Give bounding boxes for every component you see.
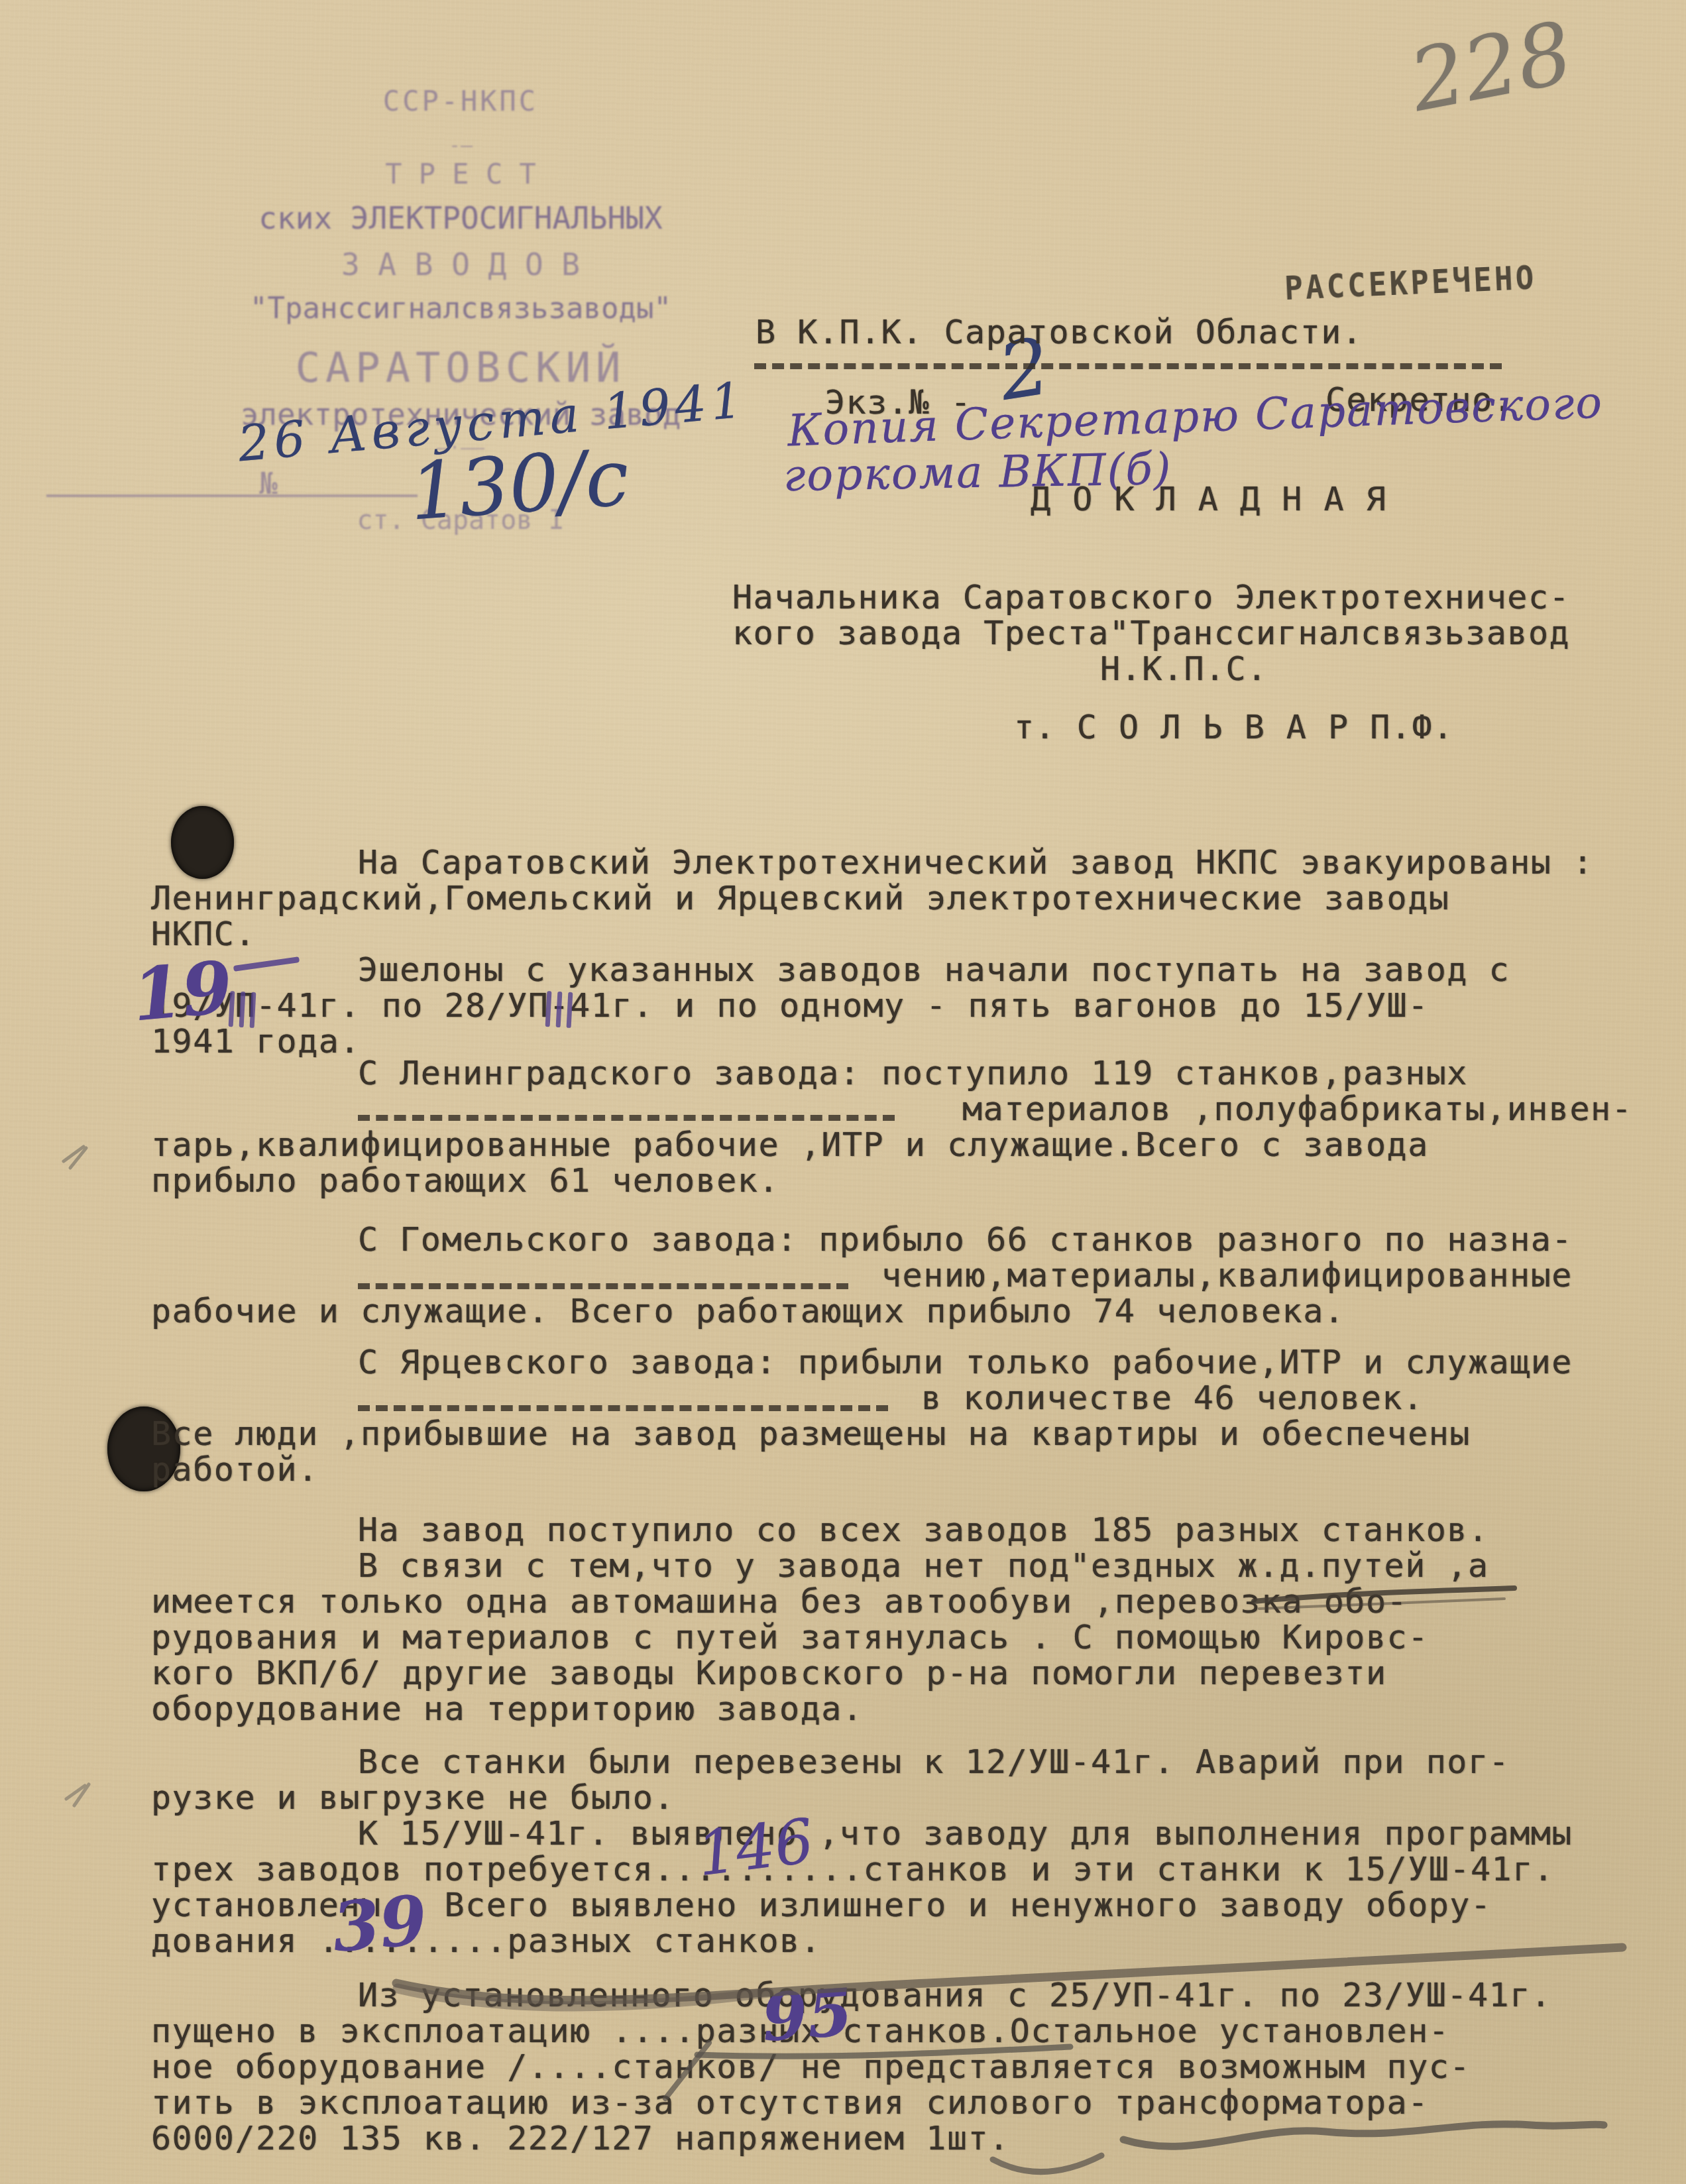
page-number-pencil: 228: [1404, 11, 1579, 125]
body-line: материалов ,полуфабрикаты,инвен-: [962, 1092, 1632, 1125]
body-line: тить в эксплоатацию из-за отсутствия сил…: [151, 2086, 1429, 2119]
from-line3: Н.К.П.С.: [1100, 652, 1268, 685]
from-line1: Начальника Саратовского Электротехничес-: [732, 581, 1570, 614]
body-line: в количестве 46 человек.: [921, 1381, 1424, 1414]
lead-in-underline: [358, 1115, 895, 1121]
body-line: прибыло работающих 61 человек.: [151, 1164, 779, 1197]
body-line: Эшелоны с указанных заводов начали посту…: [358, 953, 1510, 986]
document-page: 228 ССР-НКПС -— Т Р Е С Т ских ЭЛЕКТРОСИ…: [0, 0, 1686, 2184]
lead-in-underline: [358, 1405, 888, 1411]
letterhead-number-rule: [46, 494, 418, 497]
body-line: Ленинградский,Гомельский и Ярцевский эле…: [151, 882, 1449, 915]
body-line: рудования и материалов с путей затянулас…: [151, 1621, 1429, 1654]
body-line: рузке и выгрузке не было.: [151, 1781, 675, 1814]
body-line: ное оборудование /....станков/ не предст…: [151, 2050, 1471, 2083]
body-line: кого ВКП/б/ другие заводы Кировского р-н…: [151, 1656, 1387, 1690]
recipient-line: В К.П.К. Саратовской Области.: [756, 316, 1363, 349]
handwritten-machines-surplus: 39: [330, 1886, 429, 1962]
body-line: НКПС.: [151, 917, 256, 950]
handwritten-outgoing-number: 130/с: [407, 438, 632, 532]
body-line: На завод поступило со всех заводов 185 р…: [358, 1513, 1489, 1546]
body-line: С Гомельского завода: прибыло 66 станков…: [358, 1223, 1573, 1256]
from-line2: кого завода Треста"Транссигналсвязьзавод: [732, 616, 1570, 650]
handwritten-correction-strokes: [229, 991, 256, 1028]
body-line: С Ленинградского завода: поступило 119 с…: [358, 1057, 1468, 1090]
body-line: тарь,квалифицированные рабочие ,ИТР и сл…: [151, 1128, 1429, 1161]
body-line: С Ярцевского завода: прибыли только рабо…: [358, 1346, 1573, 1379]
letterhead-line: "Транссигналсвязьзаводы": [152, 292, 769, 325]
body-line: рабочие и служащие. Всего работающих при…: [151, 1294, 1345, 1328]
letterhead-divider: -—: [152, 134, 769, 157]
handwritten-machines-required: 146: [694, 1811, 817, 1886]
body-line: Из установленного оборудования с 25/УП-4…: [358, 1979, 1551, 2012]
letterhead-line: Т Р Е С Т: [152, 158, 769, 190]
doc-type-title: Д О К Л А Д Н А Я: [1031, 483, 1386, 516]
body-line: дования .........разных станков.: [151, 1924, 821, 1957]
body-line: чению,материалы,квалифицированные: [881, 1259, 1573, 1292]
body-line: 6000/220 135 кв. 222/127 напряжением 1шт…: [151, 2122, 1010, 2155]
addressee-line: т. С О Л Ь В А Р П.Ф.: [1014, 711, 1454, 744]
body-line: 19/УП-41г. по 28/УП-41г. и по одному - п…: [151, 989, 1429, 1022]
body-line: На Саратовский Электротехнический завод …: [358, 846, 1594, 879]
handwritten-date-correction: 19: [130, 952, 235, 1032]
body-line: К 15/УШ-41г. выявлено ,что заводу для вы…: [358, 1817, 1573, 1850]
letterhead-line: З А В О Д О В: [152, 247, 769, 282]
hole-punch: [171, 806, 234, 879]
body-line: Все люди ,прибывшие на завод размещены н…: [151, 1417, 1471, 1450]
body-line: оборудование на территорию завода.: [151, 1692, 864, 1725]
body-line: В связи с тем,что у завода нет под"ездны…: [358, 1549, 1489, 1582]
handwritten-overline: [233, 956, 300, 972]
handwritten-machines-in-operation: 95: [760, 1980, 855, 2051]
letterhead-line: ских ЭЛЕКТРОСИГНАЛЬНЫХ: [152, 200, 769, 236]
body-line: трех заводов потребуется..........станко…: [151, 1853, 1554, 1886]
body-line: имеется только одна автомашина без автоо…: [151, 1585, 1408, 1618]
body-line: работой.: [151, 1453, 319, 1486]
handwritten-correction-strokes: [545, 991, 573, 1028]
lead-in-underline: [358, 1283, 848, 1289]
letterhead-line: ССР-НКПС: [152, 85, 769, 117]
recipient-underline: [754, 363, 1502, 369]
body-line: Все станки были перевезены к 12/УШ-41г. …: [358, 1745, 1510, 1778]
declassified-stamp: РАССЕКРЕЧЕНО: [1284, 259, 1538, 308]
